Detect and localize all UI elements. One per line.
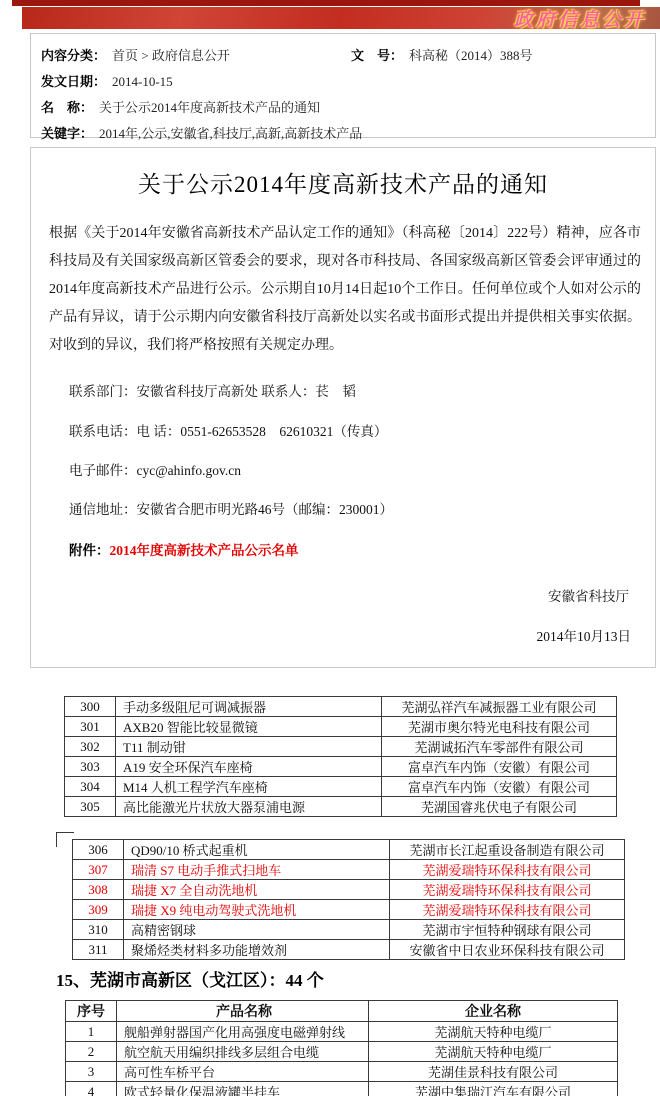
table-row: 300手动多级阻尼可调减振器芜湖弘祥汽车减振器工业有限公司 [65,697,617,717]
page-title: 政府信息公开 [514,5,646,32]
row-number: 2 [66,1042,117,1062]
product-name: T11 制动钳 [116,737,382,757]
row-number: 311 [73,940,124,960]
table-row: 311聚烯烃类材料多功能增效剂安徽省中日农业环保科技有限公司 [73,940,625,960]
attachment-line: 附件：2014年度高新技术产品公示名单 [69,539,299,559]
company-name: 芜湖航天特种电缆厂 [369,1022,618,1042]
table-row: 303A19 安全环保汽车座椅富卓汽车内饰（安徽）有限公司 [65,757,617,777]
table-row: 4欧式轻量化保温液罐半挂车芜湖中集瑞江汽车有限公司 [66,1082,618,1096]
meta-row-name: 名 称：关于公示2014年度高新技术产品的通知 [41,95,655,121]
company-name: 芜湖国睿兆伏电子有限公司 [382,797,617,817]
row-number: 307 [73,860,124,880]
table-row: 310高精密钢球芜湖市宇恒特种钢球有限公司 [73,920,625,940]
table-row: 304M14 人机工程学汽车座椅富卓汽车内饰（安徽）有限公司 [65,777,617,797]
product-name: 瑞捷 X7 全自动洗地机 [124,880,390,900]
docnum-value: 科高秘（2014）388号 [409,48,533,63]
meta-row-category: 内容分类：首页 > 政府信息公开 文 号：科高秘（2014）388号 [41,43,655,69]
breadcrumb[interactable]: 首页 > 政府信息公开 [112,48,230,63]
company-name: 芜湖市宇恒特种钢球有限公司 [390,920,625,940]
table-row: 308瑞捷 X7 全自动洗地机芜湖爱瑞特环保科技有限公司 [73,880,625,900]
product-table-306s: 306QD90/10 桥式起重机芜湖市长江起重设备制造有限公司307瑞清 S7 … [72,839,625,960]
pubdate-label: 发文日期： [41,74,106,89]
row-number: 1 [66,1022,117,1042]
document-title: 关于公示2014年度高新技术产品的通知 [31,166,655,199]
category-label: 内容分类： [41,48,106,63]
header-banner: 政府信息公开 [22,7,660,29]
product-name: 聚烯烃类材料多功能增效剂 [124,940,390,960]
product-table-300s: 300手动多级阻尼可调减振器芜湖弘祥汽车减振器工业有限公司301AXB20 智能… [64,696,617,817]
company-name: 富卓汽车内饰（安徽）有限公司 [382,757,617,777]
table-row: 306QD90/10 桥式起重机芜湖市长江起重设备制造有限公司 [73,840,625,860]
table-row: 302T11 制动钳芜湖诚拓汽车零部件有限公司 [65,737,617,757]
product-name: 瑞捷 X9 纯电动驾驶式洗地机 [124,900,390,920]
header-product-name: 产品名称 [117,1001,369,1022]
page: 政府信息公开 内容分类：首页 > 政府信息公开 文 号：科高秘（2014）388… [0,0,660,1096]
row-number: 308 [73,880,124,900]
row-number: 303 [65,757,116,777]
table-row: 3高可性车桥平台芜湖佳景科技有限公司 [66,1062,618,1082]
table-row: 1舰船弹射器国产化用高强度电磁弹射线芜湖航天特种电缆厂 [66,1022,618,1042]
table-row: 2航空航天用编织排线多层组合电缆芜湖航天特种电缆厂 [66,1042,618,1062]
product-name: 航空航天用编织排线多层组合电缆 [117,1042,369,1062]
product-name: QD90/10 桥式起重机 [124,840,390,860]
row-number: 3 [66,1062,117,1082]
contact-email-line: 电子邮件：cyc@ahinfo.gov.cn [69,459,241,479]
meta-row-keywords: 关键字：2014年,公示,安徽省,科技厅,高新,高新技术产品 [41,121,655,147]
table-row: 305高比能激光片状放大器泵浦电源芜湖国睿兆伏电子有限公司 [65,797,617,817]
table-row: 309瑞捷 X9 纯电动驾驶式洗地机芜湖爱瑞特环保科技有限公司 [73,900,625,920]
product-name: 瑞清 S7 电动手推式扫地车 [124,860,390,880]
contact-phone-line: 联系电话：电 话：0551-62653528 62610321（传真） [69,420,387,440]
product-name: 高精密钢球 [124,920,390,940]
document-paragraph: 根据《关于2014年安徽省高新技术产品认定工作的通知》（科高秘〔2014〕222… [49,220,641,360]
product-name: 欧式轻量化保温液罐半挂车 [117,1082,369,1096]
company-name: 芜湖市奥尔特光电科技有限公司 [382,717,617,737]
company-name: 芜湖爱瑞特环保科技有限公司 [390,880,625,900]
company-name: 芜湖航天特种电缆厂 [369,1042,618,1062]
company-name: 芜湖爱瑞特环保科技有限公司 [390,900,625,920]
docnum-label: 文 号： [351,48,403,63]
document-box: 关于公示2014年度高新技术产品的通知 根据《关于2014年安徽省高新技术产品认… [30,147,656,668]
company-name: 安徽省中日农业环保科技有限公司 [390,940,625,960]
contact-department-line: 联系部门：安徽省科技厅高新处 联系人：苌 韬 [69,380,356,400]
header-company-name: 企业名称 [369,1001,618,1022]
row-number: 306 [73,840,124,860]
keywords-value: 2014年,公示,安徽省,科技厅,高新,高新技术产品 [99,126,362,141]
attachment-label: 附件： [69,543,110,558]
company-name: 芜湖诚拓汽车零部件有限公司 [382,737,617,757]
issuing-authority: 安徽省科技厅 [548,585,629,605]
row-number: 309 [73,900,124,920]
row-number: 301 [65,717,116,737]
company-name: 芜湖中集瑞江汽车有限公司 [369,1082,618,1096]
section-heading-15: 15、芜湖市高新区（戈江区）：44 个 [56,966,324,991]
product-name: M14 人机工程学汽车座椅 [116,777,382,797]
product-name: AXB20 智能比较显微镜 [116,717,382,737]
district-product-table: 序号 产品名称 企业名称 1舰船弹射器国产化用高强度电磁弹射线芜湖航天特种电缆厂… [65,1000,618,1096]
company-name: 芜湖爱瑞特环保科技有限公司 [390,860,625,880]
attachment-link[interactable]: 2014年度高新技术产品公示名单 [110,543,299,558]
metadata-box: 内容分类：首页 > 政府信息公开 文 号：科高秘（2014）388号 发文日期：… [30,33,656,138]
table-row: 307瑞清 S7 电动手推式扫地车芜湖爱瑞特环保科技有限公司 [73,860,625,880]
issue-date: 2014年10月13日 [537,625,632,645]
company-name: 芜湖市长江起重设备制造有限公司 [390,840,625,860]
product-name: 舰船弹射器国产化用高强度电磁弹射线 [117,1022,369,1042]
header-serial: 序号 [66,1001,117,1022]
docname-label: 名 称： [41,100,93,115]
table-header-row: 序号 产品名称 企业名称 [66,1001,618,1022]
meta-row-date: 发文日期：2014-10-15 [41,69,655,95]
row-number: 302 [65,737,116,757]
row-number: 305 [65,797,116,817]
company-name: 芜湖弘祥汽车减振器工业有限公司 [382,697,617,717]
row-number: 310 [73,920,124,940]
keywords-label: 关键字： [41,126,93,141]
company-name: 芜湖佳景科技有限公司 [369,1062,618,1082]
docname-value: 关于公示2014年度高新技术产品的通知 [99,100,320,115]
product-name: A19 安全环保汽车座椅 [116,757,382,777]
product-name: 高比能激光片状放大器泵浦电源 [116,797,382,817]
product-name: 高可性车桥平台 [117,1062,369,1082]
pubdate-value: 2014-10-15 [112,74,173,89]
company-name: 富卓汽车内饰（安徽）有限公司 [382,777,617,797]
table-row: 301AXB20 智能比较显微镜芜湖市奥尔特光电科技有限公司 [65,717,617,737]
row-number: 300 [65,697,116,717]
product-name: 手动多级阻尼可调减振器 [116,697,382,717]
row-number: 304 [65,777,116,797]
row-number: 4 [66,1082,117,1096]
contact-address-line: 通信地址：安徽省合肥市明光路46号（邮编：230001） [69,498,393,518]
